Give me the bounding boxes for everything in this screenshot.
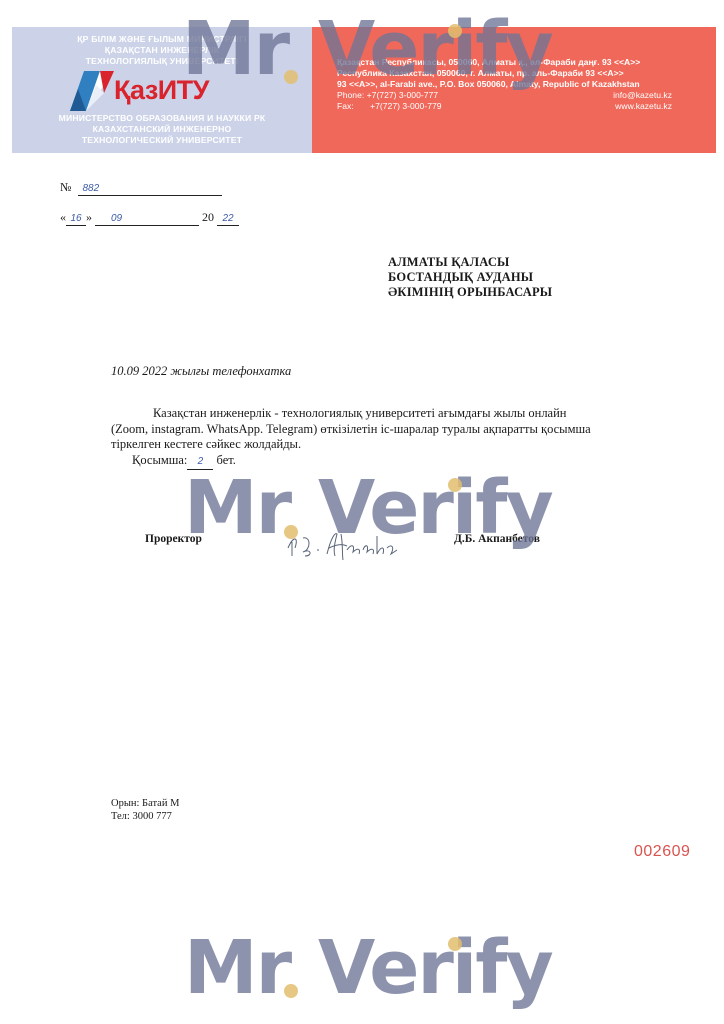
- year-field: 22: [217, 210, 239, 226]
- outgoing-number: № 882: [60, 180, 222, 196]
- date-month: 09: [111, 213, 122, 224]
- executor-info: Орын: Батай М Тел: 3000 777: [111, 797, 179, 823]
- recipient-line-1: АЛМАТЫ ҚАЛАСЫ: [388, 255, 552, 270]
- watermark-middle-verify: Verify: [318, 465, 552, 551]
- watermark-dot-icon: [284, 525, 298, 539]
- website-link[interactable]: www.kazetu.kz: [615, 101, 672, 112]
- watermark-bottom-mr: Mr: [184, 925, 290, 1011]
- date-quote-close: »: [86, 210, 92, 224]
- outgoing-date: «16» 09 20 22: [60, 210, 239, 226]
- watermark-dot-icon: [284, 984, 298, 998]
- executor-name: Орын: Батай М: [111, 797, 179, 810]
- serial-number: 002609: [634, 843, 690, 861]
- watermark-dot-icon: [284, 70, 298, 84]
- watermark-middle-mr: Mr: [184, 465, 290, 551]
- ru-line-1: МИНИСТЕРСТВО ОБРАЗОВАНИЯ И НАУККИ РК: [12, 113, 312, 124]
- executor-phone: Тел: 3000 777: [111, 810, 179, 823]
- watermark-top-mr: Mr: [182, 6, 288, 92]
- watermark-dot-icon: [448, 24, 462, 38]
- ru-line-2: КАЗАХСТАНСКИЙ ИНЖЕНЕРНО: [12, 124, 312, 135]
- watermark-top-verify: Verify: [318, 6, 552, 92]
- year-suffix: 22: [222, 213, 233, 224]
- number-field: 882: [78, 180, 222, 196]
- watermark-bottom-verify: Verify: [318, 925, 552, 1011]
- logo-mark-icon: [70, 71, 114, 111]
- date-month-field: 09: [95, 210, 199, 226]
- watermark-dot-icon: [448, 478, 462, 492]
- subject-line: 10.09 2022 жылғы телефонхатка: [111, 364, 291, 379]
- year-prefix: 20: [202, 210, 214, 224]
- attachment-label: Қосымша:: [132, 453, 187, 467]
- fax-value: +7(727) 3-000-779: [370, 101, 441, 111]
- number-value: 882: [82, 183, 99, 194]
- ru-line-3: ТЕХНОЛОГИЧЕСКИЙ УНИВЕРСИТЕТ: [12, 135, 312, 146]
- fax-label: Fax:: [337, 101, 354, 111]
- fax-row: Fax: +7(727) 3-000-779: [337, 101, 442, 112]
- body-paragraph: Казақстан инженерлік - технологиялық уни…: [111, 406, 591, 453]
- recipient-line-2: БОСТАНДЫҚ АУДАНЫ: [388, 270, 552, 285]
- recipient-block: АЛМАТЫ ҚАЛАСЫ БОСТАНДЫҚ АУДАНЫ ӘКІМІНІҢ …: [388, 255, 552, 300]
- watermark-dot-icon: [448, 937, 462, 951]
- date-day: 16: [70, 213, 81, 224]
- letterhead-ru-ministry: МИНИСТЕРСТВО ОБРАЗОВАНИЯ И НАУККИ РК КАЗ…: [12, 113, 312, 146]
- date-day-field: 16: [66, 210, 86, 226]
- letter-body: Казақстан инженерлік - технологиялық уни…: [111, 406, 591, 470]
- recipient-line-3: ӘКІМІНІҢ ОРЫНБАСАРЫ: [388, 285, 552, 300]
- number-label: №: [60, 180, 71, 194]
- email-link[interactable]: info@kazetu.kz: [613, 90, 672, 101]
